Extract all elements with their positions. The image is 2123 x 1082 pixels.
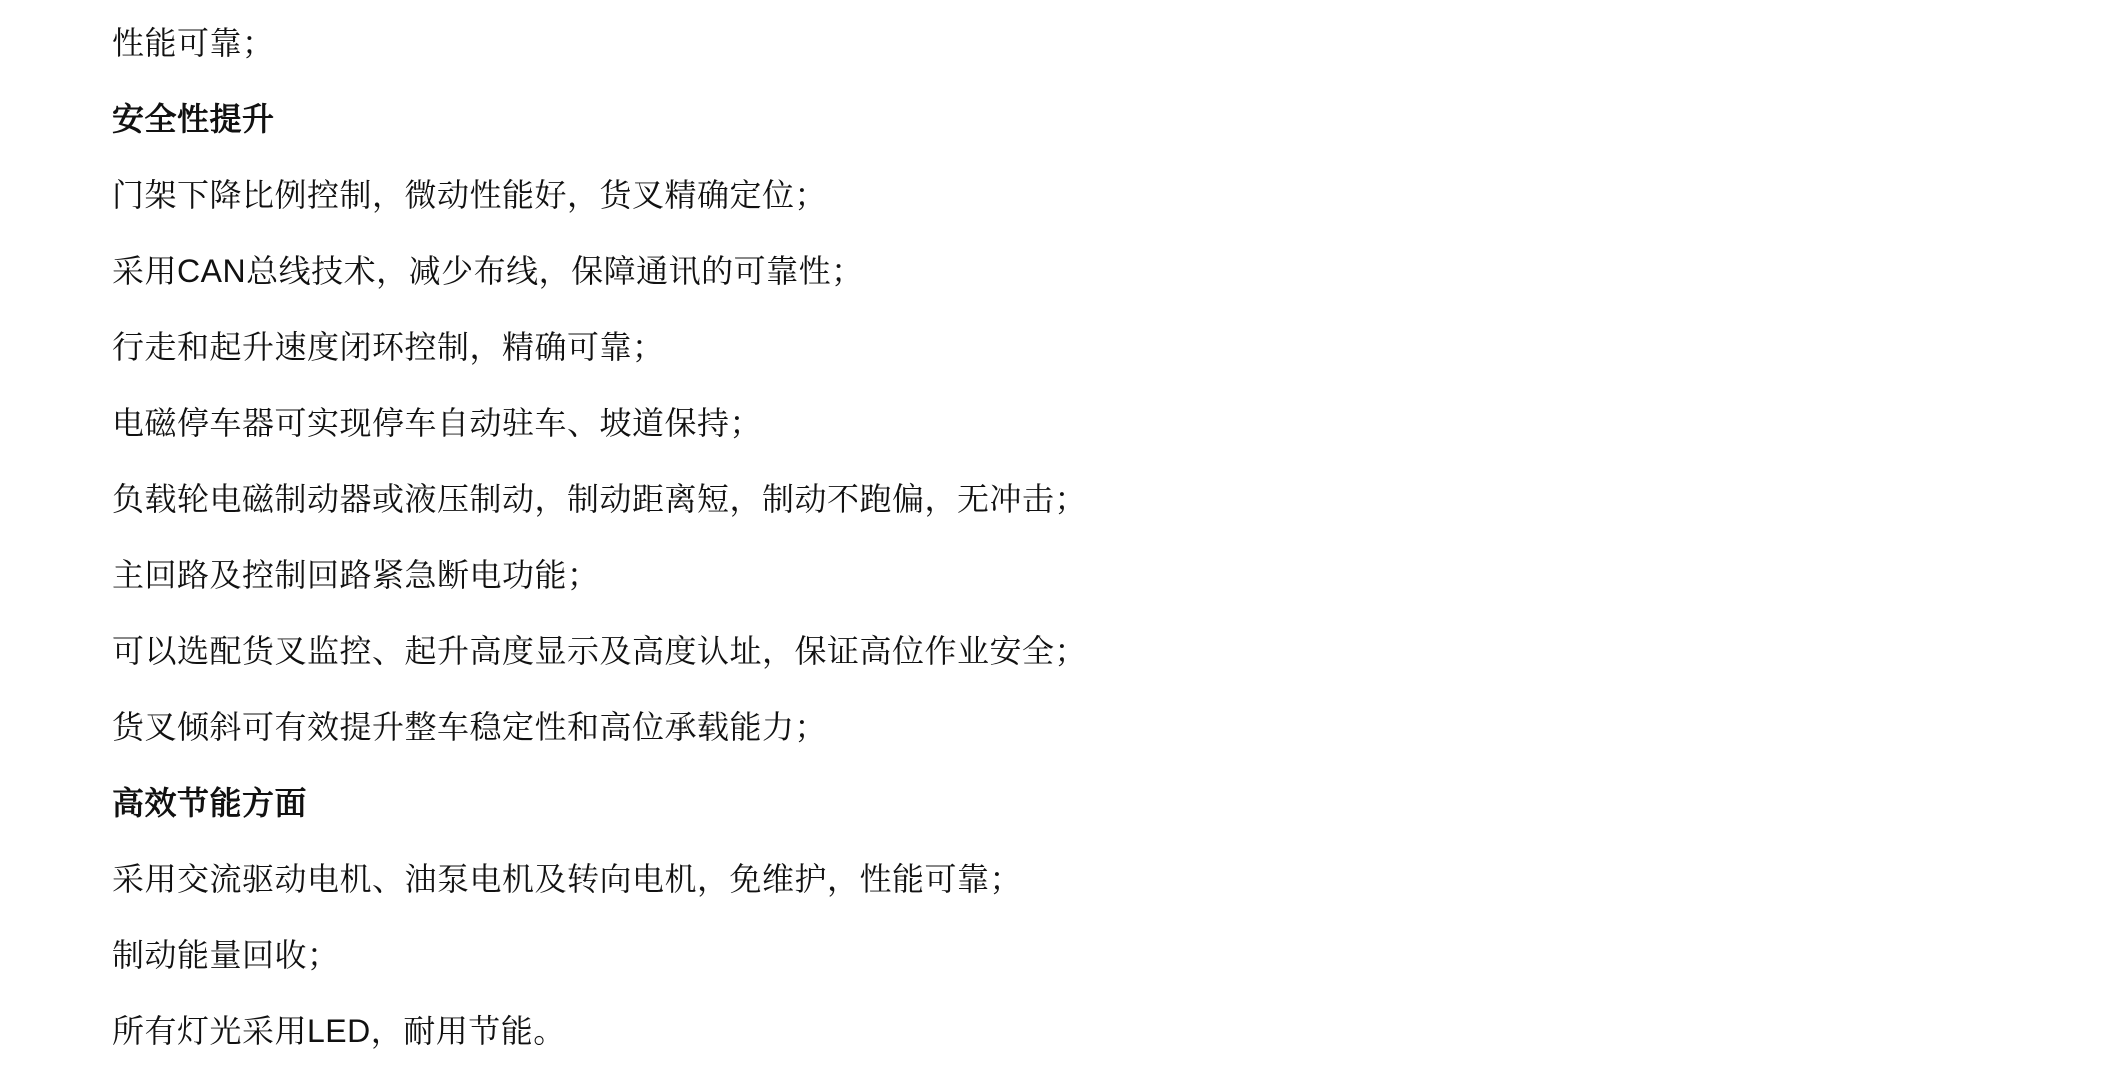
feature-text: 行走和起升速度闭环控制，精确可靠； (112, 309, 2063, 385)
feature-text: 门架下降比例控制，微动性能好，货叉精确定位； (112, 157, 2063, 233)
feature-text: 货叉倾斜可有效提升整车稳定性和高位承载能力； (112, 689, 2063, 765)
feature-text: 采用CAN总线技术，减少布线，保障通讯的可靠性； (112, 233, 2063, 309)
feature-list: 性能可靠；安全性提升门架下降比例控制，微动性能好，货叉精确定位；采用CAN总线技… (112, 5, 2063, 1069)
feature-text: 制动能量回收； (112, 917, 2063, 993)
section-heading: 安全性提升 (112, 81, 2063, 157)
feature-text: 电磁停车器可实现停车自动驻车、坡道保持； (112, 385, 2063, 461)
feature-text: 所有灯光采用LED，耐用节能。 (112, 993, 2063, 1069)
feature-text: 性能可靠； (112, 5, 2063, 81)
feature-text: 负载轮电磁制动器或液压制动，制动距离短，制动不跑偏，无冲击； (112, 461, 2063, 537)
feature-text: 可以选配货叉监控、起升高度显示及高度认址，保证高位作业安全； (112, 613, 2063, 689)
document-page: 性能可靠；安全性提升门架下降比例控制，微动性能好，货叉精确定位；采用CAN总线技… (0, 0, 2123, 1082)
feature-text: 采用交流驱动电机、油泵电机及转向电机，免维护，性能可靠； (112, 841, 2063, 917)
section-heading: 高效节能方面 (112, 765, 2063, 841)
feature-text: 主回路及控制回路紧急断电功能； (112, 537, 2063, 613)
